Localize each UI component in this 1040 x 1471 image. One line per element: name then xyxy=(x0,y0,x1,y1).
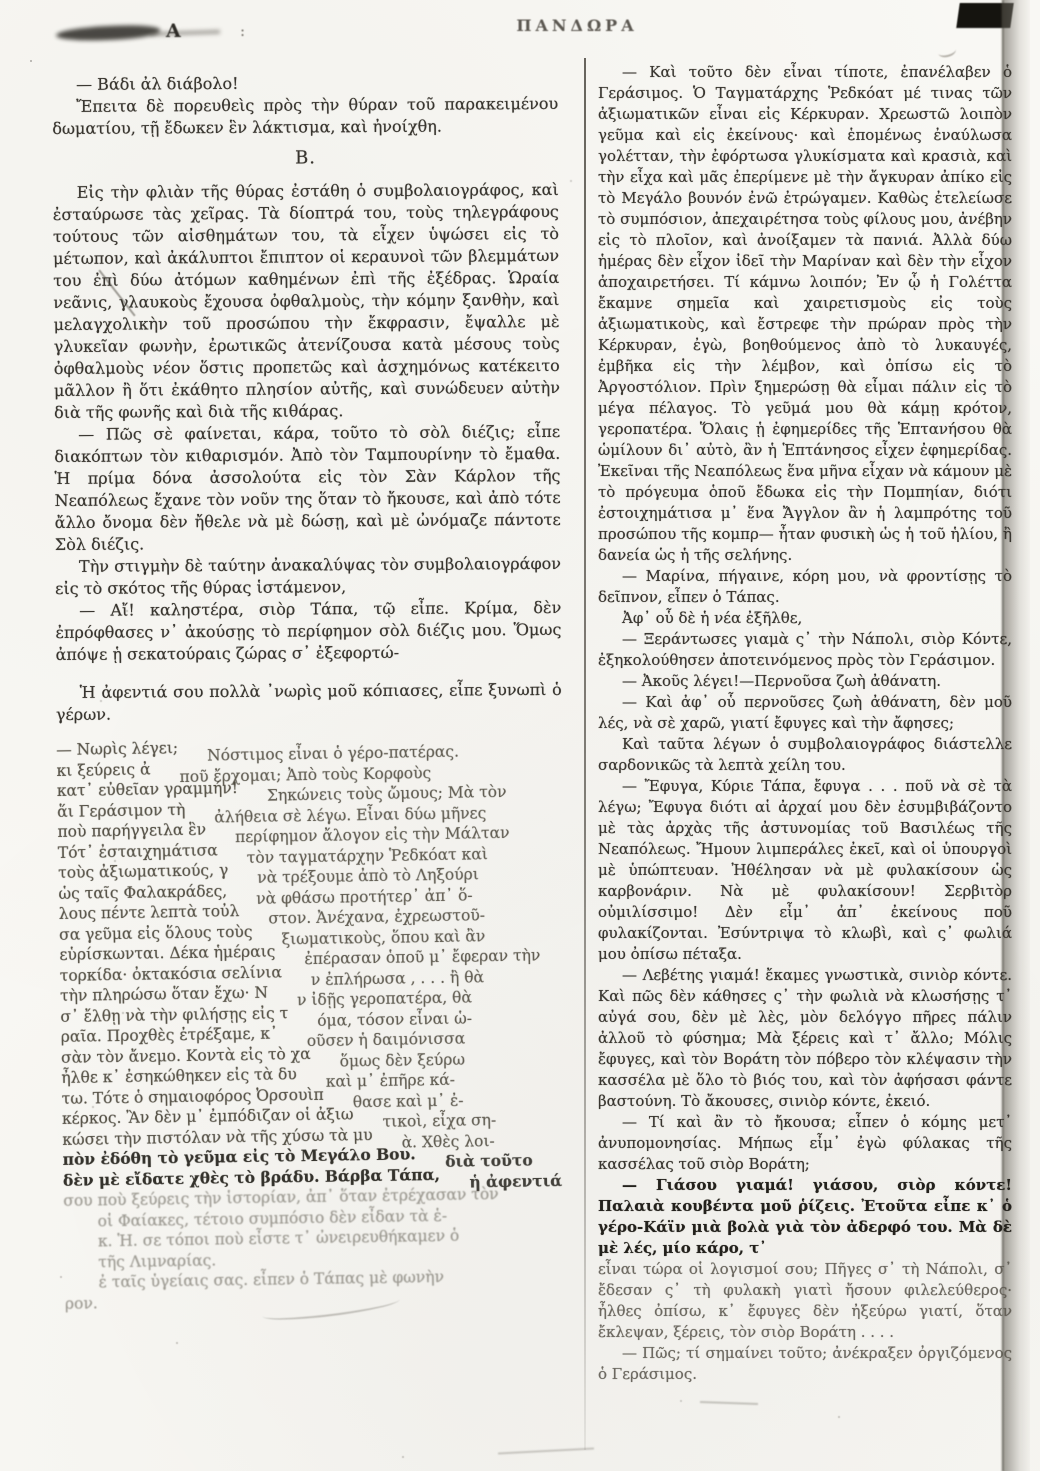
paragraph-text: Τὴν στιγμὴν δὲ ταύτην ἀνακαλύψας τὸν συμ… xyxy=(55,554,561,598)
paragraph: — Γιάσου γιαμά! γιάσου, σιὸρ κόντε! Παλα… xyxy=(598,1175,1012,1259)
ghost-fragment-primary: Τότ᾽ ἐσταιχημάτισα xyxy=(58,841,218,862)
paragraph-text: εἶναι τώρα οἱ λογισμοί σου; Πῆγες σ᾽ τὴ … xyxy=(598,1260,1012,1341)
paragraph-text: — Καὶ τοῦτο δὲν εἶναι τίποτε, ἐπανέλαβεν… xyxy=(598,63,1012,564)
ink-smudge-tail xyxy=(150,30,220,36)
paragraph-text: — Πῶς σὲ φαίνεται, κάρα, τοῦτο τὸ σὸλ δι… xyxy=(54,422,561,554)
scanned-page: Α : ΠΑΝΔΩΡΑ — Βάδι ἀλ διάβολο!Ἔπειτα δὲ … xyxy=(0,0,1040,1471)
ghost-fragment-primary: τῆς Λιμναρίας. xyxy=(98,1251,216,1271)
paragraph-text: Β. xyxy=(295,147,316,168)
paragraph: — Μαρίνα, πήγαινε, κόρη μου, νὰ φροντίσῃ… xyxy=(598,566,1012,608)
paragraph: — Αἴ! καληστέρα, σιὸρ Τάπα, τῷ εἶπε. Κρί… xyxy=(55,597,561,666)
ghost-fragment-primary: ρον. xyxy=(65,1294,98,1313)
paragraph: — Καὶ τοῦτο δὲν εἶναι τίποτε, ἐπανέλαβεν… xyxy=(598,62,1012,566)
paragraph-text: — Τί καὶ ἂν τὸ ἤκουσα; εἶπεν ὁ κόμης μετ… xyxy=(598,1113,1012,1173)
paragraph-text: Εἰς τὴν φλιὰν τῆς θύρας ἐστάθη ὁ συμβολα… xyxy=(53,180,560,422)
paragraph: — Ἔφυγα, Κύριε Τάπα, ἔφυγα . . . ποῦ νὰ … xyxy=(598,776,1012,965)
ghost-fragment-primary: σὰν τὸν ἄνεμο. Κοντὰ εἰς τὸ χα xyxy=(61,1045,311,1067)
margin-dots: : xyxy=(240,22,245,40)
ghost-fragment-offset: νὰ φθάσω προτήτερ᾽ ἀπ᾽ ὅ- xyxy=(256,886,473,907)
paragraph: Καὶ ταῦτα λέγων ὁ συμβολαιογράφος διάστε… xyxy=(598,734,1012,776)
ghost-fragment-offset: ξιωματικοὺς, ὅπου καὶ ἂν xyxy=(281,927,485,948)
paragraph: Ἡ ἀφεντιά σου πολλὰ ᾽νωρὶς μοῦ κόπιασες,… xyxy=(56,679,562,726)
paragraph: — Καὶ ἀφ᾽ οὗ περνοῦσες ζωὴ ἀθάνατη, δὲν … xyxy=(598,692,1012,734)
ghost-fragment-offset: ν ἰδῇς γεροπατέρα, θὰ xyxy=(297,988,472,1009)
ghost-fragment-offset: τικοὶ, εἶχα ση- xyxy=(382,1111,496,1131)
paragraph-text: — Ξεράντωσες γιαμὰ ς᾽ τὴν Νάπολι, σιὸρ Κ… xyxy=(598,630,1012,669)
paragraph-text: Καὶ ταῦτα λέγων ὁ συμβολαιογράφος διάστε… xyxy=(598,735,1012,774)
paragraph: Ἔπειτα δὲ πορευθεὶς πρὸς τὴν θύραν τοῦ π… xyxy=(52,93,558,140)
paragraph-text: — Γιάσου γιαμά! γιάσου, σιὸρ κόντε! Παλα… xyxy=(598,1176,1012,1257)
paragraph-text: — Αἴ! καληστέρα, σιὸρ Τάπα, τῷ εἶπε. Κρί… xyxy=(55,598,561,664)
ghost-fragment-primary: ὡς ταῖς Φαλακράδες, xyxy=(58,882,227,903)
double-printed-zone: — Νωρὶς λέγει; Νόστιμος εἶναι ὁ γέρο-πατ… xyxy=(56,732,566,1314)
paper-speckles xyxy=(30,60,32,62)
ghost-fragment-primary: τοὺς ἀξιωματικούς, γ xyxy=(58,861,228,882)
paragraph: Β. xyxy=(52,137,558,182)
paragraph: Ἀφ᾽ οὗ δὲ ἡ νέα ἐξῆλθε, xyxy=(598,608,1012,629)
paragraph-text: Ἀφ᾽ οὗ δὲ ἡ νέα ἐξῆλθε, xyxy=(622,609,802,627)
ghost-fragment-primary: — Νωρὶς λέγει; xyxy=(56,739,178,759)
paragraph: εἶναι τώρα οἱ λογισμοί σου; Πῆγες σ᾽ τὴ … xyxy=(598,1259,1012,1343)
right-paragraph-block: — Καὶ τοῦτο δὲν εἶναι τίποτε, ἐπανέλαβεν… xyxy=(598,62,1012,1385)
ghost-fragment-offset: Σηκώνεις τοὺς ὤμους; Μὰ τὸν xyxy=(267,783,507,805)
paragraph: — Ἀκοῦς λέγει!—Περνοῦσα ζωὴ ἀθάνατη. xyxy=(598,671,1012,692)
ghost-fragment-offset: ὅμως δὲν ξεύρω xyxy=(339,1050,465,1070)
ghost-fragment-primary: σ᾽ ἔλθῃ νὰ τὴν φιλήσῃς εἰς τ xyxy=(60,1004,288,1026)
paragraph: — Τί καὶ ἂν τὸ ἤκουσα; εἶπεν ὁ κόμης μετ… xyxy=(598,1112,1012,1175)
ghost-fragment-primary: εὑρίσκωνται. Δέκα ἡμέραις xyxy=(59,943,275,964)
paragraph-text: — Βάδι ἀλ διάβολο! xyxy=(76,74,239,94)
paragraph: — Πῶς σὲ φαίνεται, κάρα, τοῦτο τὸ σὸλ δι… xyxy=(54,421,561,556)
ghost-fragment-primary: λους πέντε λεπτὰ τοὐλ xyxy=(59,902,240,923)
column-divider xyxy=(584,58,586,1450)
ink-smudge xyxy=(56,24,160,42)
margin-annotation: Α xyxy=(166,20,181,42)
ghost-fragment-primary: κέρκος. Ἂν δὲν μ᾽ ἐμπόδιζαν οἱ ἀξιω xyxy=(62,1105,354,1128)
ghost-fragment-offset: τὸν ταγματάρχην Ῥεδκόατ καὶ xyxy=(247,845,488,867)
paragraph: — Ξεράντωσες γιαμὰ ς᾽ τὴν Νάπολι, σιὸρ Κ… xyxy=(598,629,1012,671)
paragraph: — Πῶς; τί σημαίνει τοῦτο; ἀνέκραξεν ὀργι… xyxy=(598,1343,1012,1385)
left-paragraph-block: — Βάδι ἀλ διάβολο!Ἔπειτα δὲ πορευθεὶς πρ… xyxy=(52,71,562,726)
paragraph: — Βάδι ἀλ διάβολο! xyxy=(52,71,558,96)
ghost-fragment-offset: ἀλήθεια σὲ λέγω. Εἶναι δύω μῆνες xyxy=(214,804,486,826)
ghost-fragment-offset: ἐπέρασαν ὁποῦ μ᾽ ἔφεραν τὴν xyxy=(304,946,540,968)
ghost-fragment-primary: ραῖα. Προχθὲς ἐτρέξαμε, κ᾽ xyxy=(61,1025,278,1046)
ghost-fragment-offset: καὶ μ᾽ ἐπῆρε κά- xyxy=(326,1071,455,1091)
ghost-fragment-primary: κατ᾽ εὐθεῖαν γραμμήν! xyxy=(57,779,238,800)
ghost-fragment-primary: ἅι Γεράσιμον τὴ xyxy=(57,800,185,820)
paragraph: — Λεβέτης γιαμά! ἔκαμες γνωστικὰ, σινιὸρ… xyxy=(598,965,1012,1112)
pencil-check-mark xyxy=(937,44,957,59)
ghost-fragment-offset: διὰ τοῦτο xyxy=(445,1151,533,1171)
paragraph-text: — Μαρίνα, πήγαινε, κόρη μου, νὰ φροντίσῃ… xyxy=(598,567,1012,606)
ghost-fragment-primary: τω. Τότε ὁ σημαιοφόρος Ὀρσουὶπ xyxy=(62,1085,324,1107)
paragraph-text: Ἔπειτα δὲ πορευθεὶς πρὸς τὴν θύραν τοῦ π… xyxy=(52,94,558,138)
paragraph: Τὴν στιγμὴν δὲ ταύτην ἀνακαλύψας τὸν συμ… xyxy=(55,553,561,600)
paragraph-text: Ἡ ἀφεντιά σου πολλὰ ᾽νωρὶς μοῦ κόπιασες,… xyxy=(56,680,562,724)
ghost-fragment-offset: ν ἐπλήρωσα , . . . ἢ θὰ xyxy=(311,968,484,989)
paragraph-text: — Λεβέτης γιαμά! ἔκαμες γνωστικὰ, σινιὸρ… xyxy=(598,966,1012,1110)
ghost-fragment-offset: όμα, τόσον εἶναι ὡ- xyxy=(317,1009,472,1029)
ghost-fragment-primary: ἦλθε κ᾽ ἐσηκώθηκεν εἰς τὰ δυ xyxy=(61,1065,297,1087)
paragraph-text: — Ἀκοῦς λέγει!—Περνοῦσα ζωὴ ἀθάνατη. xyxy=(622,672,941,690)
ghost-fragment-offset: θασε καὶ μ᾽ ἐ- xyxy=(353,1091,464,1111)
ghost-fragment-offset: στον. Ἀνέχανα, ἐχρεωστοῦ- xyxy=(268,906,485,927)
ghost-fragment-primary: ποὺ παρήγγειλα ἓν xyxy=(57,821,206,841)
ghost-fragment-primary: σα γεῦμα εἰς ὅλους τοὺς xyxy=(59,922,253,943)
ghost-fragment-primary: τὴν πληρώσω ὅταν ἔχω· Ν xyxy=(60,984,268,1005)
ghost-fragment-offset: νὰ τρέξουμε ἀπὸ τὸ Ληξούρι xyxy=(257,865,479,886)
paragraph: Εἰς τὴν φλιὰν τῆς θύρας ἐστάθη ὁ συμβολα… xyxy=(53,179,560,424)
text-column-right: — Καὶ τοῦτο δὲν εἶναι τίποτε, ἐπανέλαβεν… xyxy=(598,62,1012,1464)
ghost-fragment-primary: τορκίδα· ὀκτακόσια σελίνια xyxy=(60,963,282,984)
paragraph-text: — Καὶ ἀφ᾽ οὗ περνοῦσες ζωὴ ἀθάνατη, δὲν … xyxy=(598,693,1012,732)
journal-masthead: ΠΑΝΔΩΡΑ xyxy=(516,16,637,35)
text-column-left: — Βάδι ἀλ διάβολο!Ἔπειτα δὲ πορευθεὶς πρ… xyxy=(52,71,566,1466)
paragraph-text: — Ἔφυγα, Κύριε Τάπα, ἔφυγα . . . ποῦ νὰ … xyxy=(598,777,1012,963)
ghost-fragment-primary: κι ξεύρεις ἀ xyxy=(56,760,150,779)
paragraph-text: — Πῶς; τί σημαίνει τοῦτο; ἀνέκραξεν ὀργι… xyxy=(598,1344,1012,1383)
ghost-fragment-offset: οῦσεν ἡ δαιμόνισσα xyxy=(307,1030,466,1050)
